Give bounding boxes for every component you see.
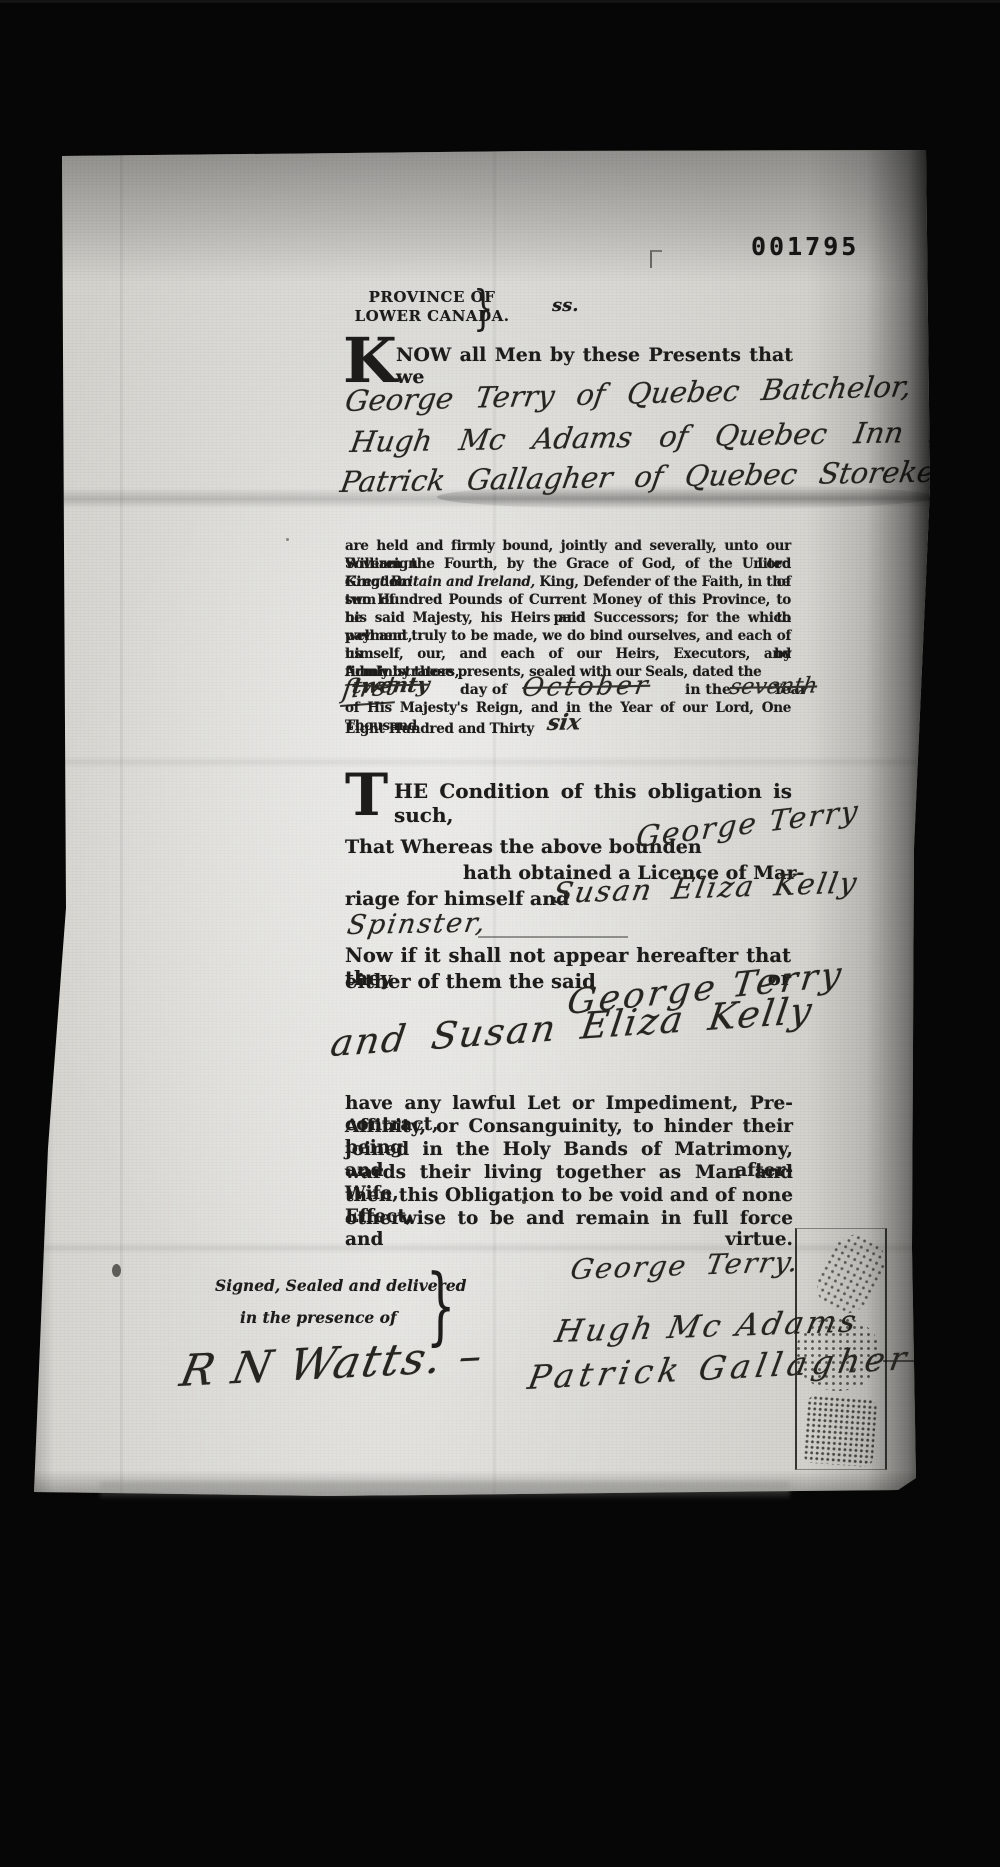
vertical-fold [120, 148, 123, 1496]
marriage-bond-paper: 001795 PROVINCE OF LOWER CANADA. } ss. K… [28, 148, 936, 1496]
hw-spinster: Spinster, [345, 908, 489, 941]
ink-speck [112, 1264, 121, 1277]
province-line1: PROVINCE OF [343, 288, 521, 307]
hw-year-units: six [546, 713, 582, 732]
bond-thirty-text: Eight Hundred and Thirty [345, 721, 534, 737]
bond-italic-segment: Great Britain and Ireland, [345, 574, 535, 590]
either-line: either of them the said [345, 970, 596, 993]
paper-bottom-edge-smear [100, 1482, 790, 1500]
obligor-line: Hugh Mc Adams of Quebec Inn Keeper [348, 413, 1000, 459]
fold-crease [28, 756, 936, 768]
bond-thirty-line: Eight Hundred and Thirty six [345, 717, 791, 738]
condition-dropcap: T [345, 770, 388, 820]
stamp-number: 001795 [751, 232, 859, 261]
know-dropcap: K [343, 336, 397, 386]
printed-in-the: in the [685, 682, 731, 698]
header-brace: } [473, 280, 493, 336]
wafer-seal-stipple-icon [808, 1226, 894, 1321]
ink-mark [650, 250, 662, 268]
province-block: PROVINCE OF LOWER CANADA. [343, 288, 521, 326]
hw-regnal-year: seventh [728, 673, 819, 700]
attestation-line2: in the presence of [240, 1308, 397, 1327]
ss-abbreviation: ss. [552, 295, 579, 316]
wafer-seal-stipple-icon [803, 1395, 878, 1468]
closing-line: otherwise to be and remain in full force… [345, 1208, 793, 1250]
witness-signature: R N Watts. – [176, 1330, 489, 1397]
scan-top-edge [0, 0, 1000, 3]
ink-speck [286, 538, 289, 541]
ink-speck [522, 1200, 526, 1204]
riage-line: riage for himself and [345, 888, 569, 910]
scanned-document-page: 001795 PROVINCE OF LOWER CANADA. } ss. K… [0, 0, 1000, 1867]
printed-day-of: day of [460, 682, 507, 698]
obligor-line: Patrick Gallagher of Quebec Storekeeper [338, 454, 1000, 499]
signature-groom: George Terry. [568, 1245, 803, 1286]
blank-rule [478, 936, 628, 938]
